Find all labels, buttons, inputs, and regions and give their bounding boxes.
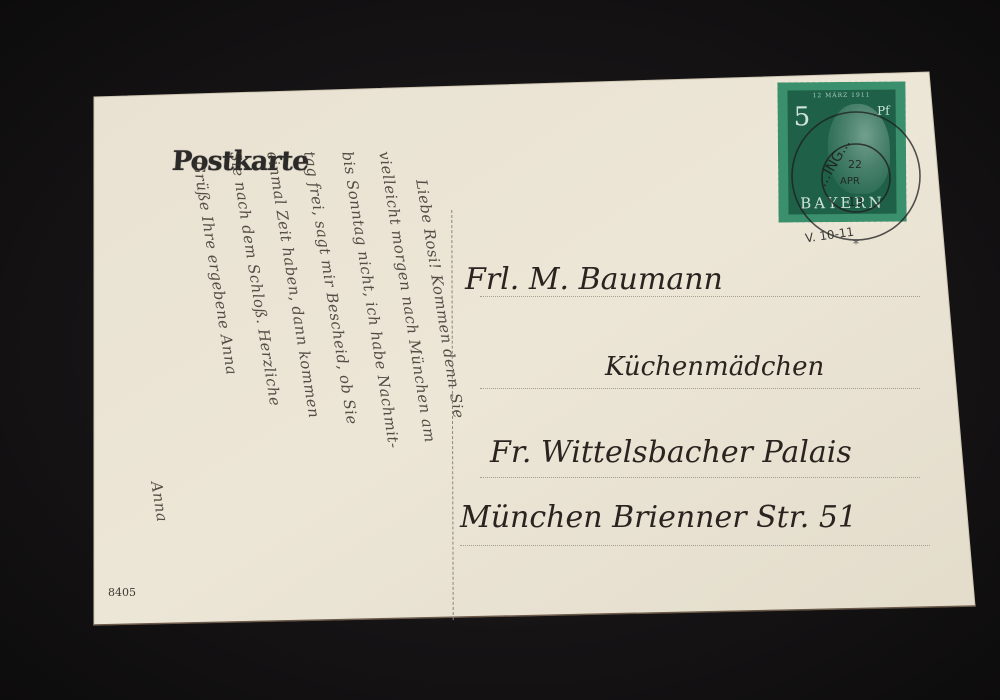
- stamp-value: 5: [794, 102, 811, 132]
- postmark-year: 13: [848, 195, 863, 209]
- address-occupation: Küchenmädchen: [605, 352, 824, 382]
- address-street: München Brienner Str. 51: [460, 500, 857, 535]
- address-recipient: Frl. M. Baumann: [465, 262, 723, 297]
- stamp-currency: Pf: [877, 104, 890, 118]
- address-building: Fr. Wittelsbacher Palais: [490, 435, 852, 470]
- postmark-day: 22: [848, 158, 862, 171]
- postmark-month: APR: [840, 176, 860, 187]
- address-rule: [460, 545, 930, 546]
- printer-number: 8405: [108, 586, 136, 599]
- address-rule: [480, 388, 920, 389]
- stamp-country: BAYERN: [788, 194, 896, 213]
- address-rule: [480, 477, 920, 478]
- stamp-inscription: 12 MÄRZ 1911: [795, 92, 887, 100]
- postcard: Postkarte Liebe Rosi! Kommen denn Sie vi…: [0, 0, 1000, 700]
